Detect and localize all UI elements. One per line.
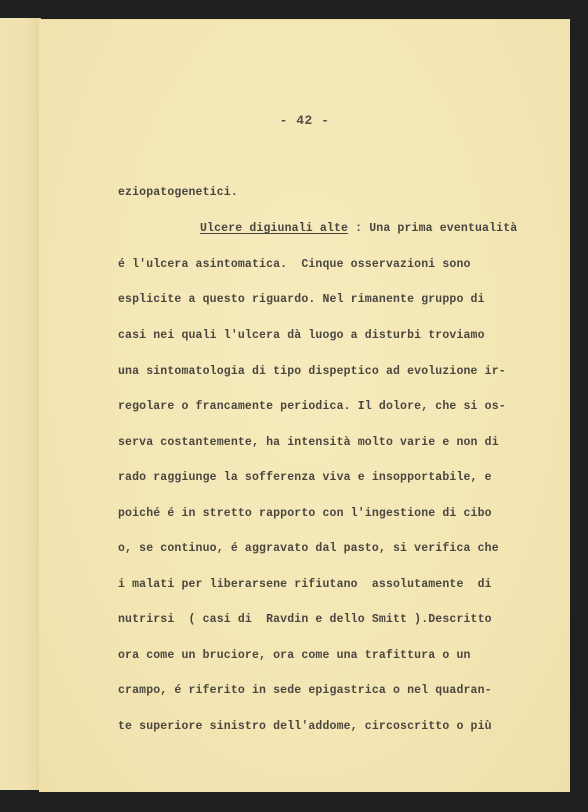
text-line-1: eziopatogenetici. [118,186,238,199]
text-line-5: casi nei quali l'ulcera dà luogo a distu… [118,329,485,342]
section-heading: Ulcere digiunali alte [200,222,348,235]
text-line-12: i malati per liberarsene rifiutano assol… [118,578,492,591]
text-line-6: una sintomatologia di tipo dispeptico ad… [118,365,506,378]
section-heading-continuation: : Una prima eventualità [348,222,517,235]
previous-page-edge [0,18,41,790]
text-line-16: te superiore sinistro dell'addome, circo… [118,720,492,733]
text-line-15: crampo, é riferito in sede epigastrica o… [118,684,492,697]
text-line-9: rado raggiunge la sofferenza viva e inso… [118,471,492,484]
text-line-10: poiché é in stretto rapporto con l'inges… [118,507,492,520]
text-line-3: é l'ulcera asintomatica. Cinque osservaz… [118,258,471,271]
text-line-8: serva costantemente, ha intensità molto … [118,436,499,449]
text-line-7: regolare o francamente periodica. Il dol… [118,400,506,413]
text-line-13: nutrirsi ( casi di Ravdin e dello Smitt … [118,613,492,626]
text-line-11: o, se continuo, é aggravato dal pasto, s… [118,542,499,555]
section-heading-line: Ulcere digiunali alte : Una prima eventu… [200,222,517,235]
text-line-4: esplicite a questo riguardo. Nel rimanen… [118,293,485,306]
page-number: - 42 - [39,113,570,128]
text-line-14: ora come un bruciore, ora come una trafi… [118,649,471,662]
document-page: - 42 - eziopatogenetici. Ulcere digiunal… [39,19,570,792]
